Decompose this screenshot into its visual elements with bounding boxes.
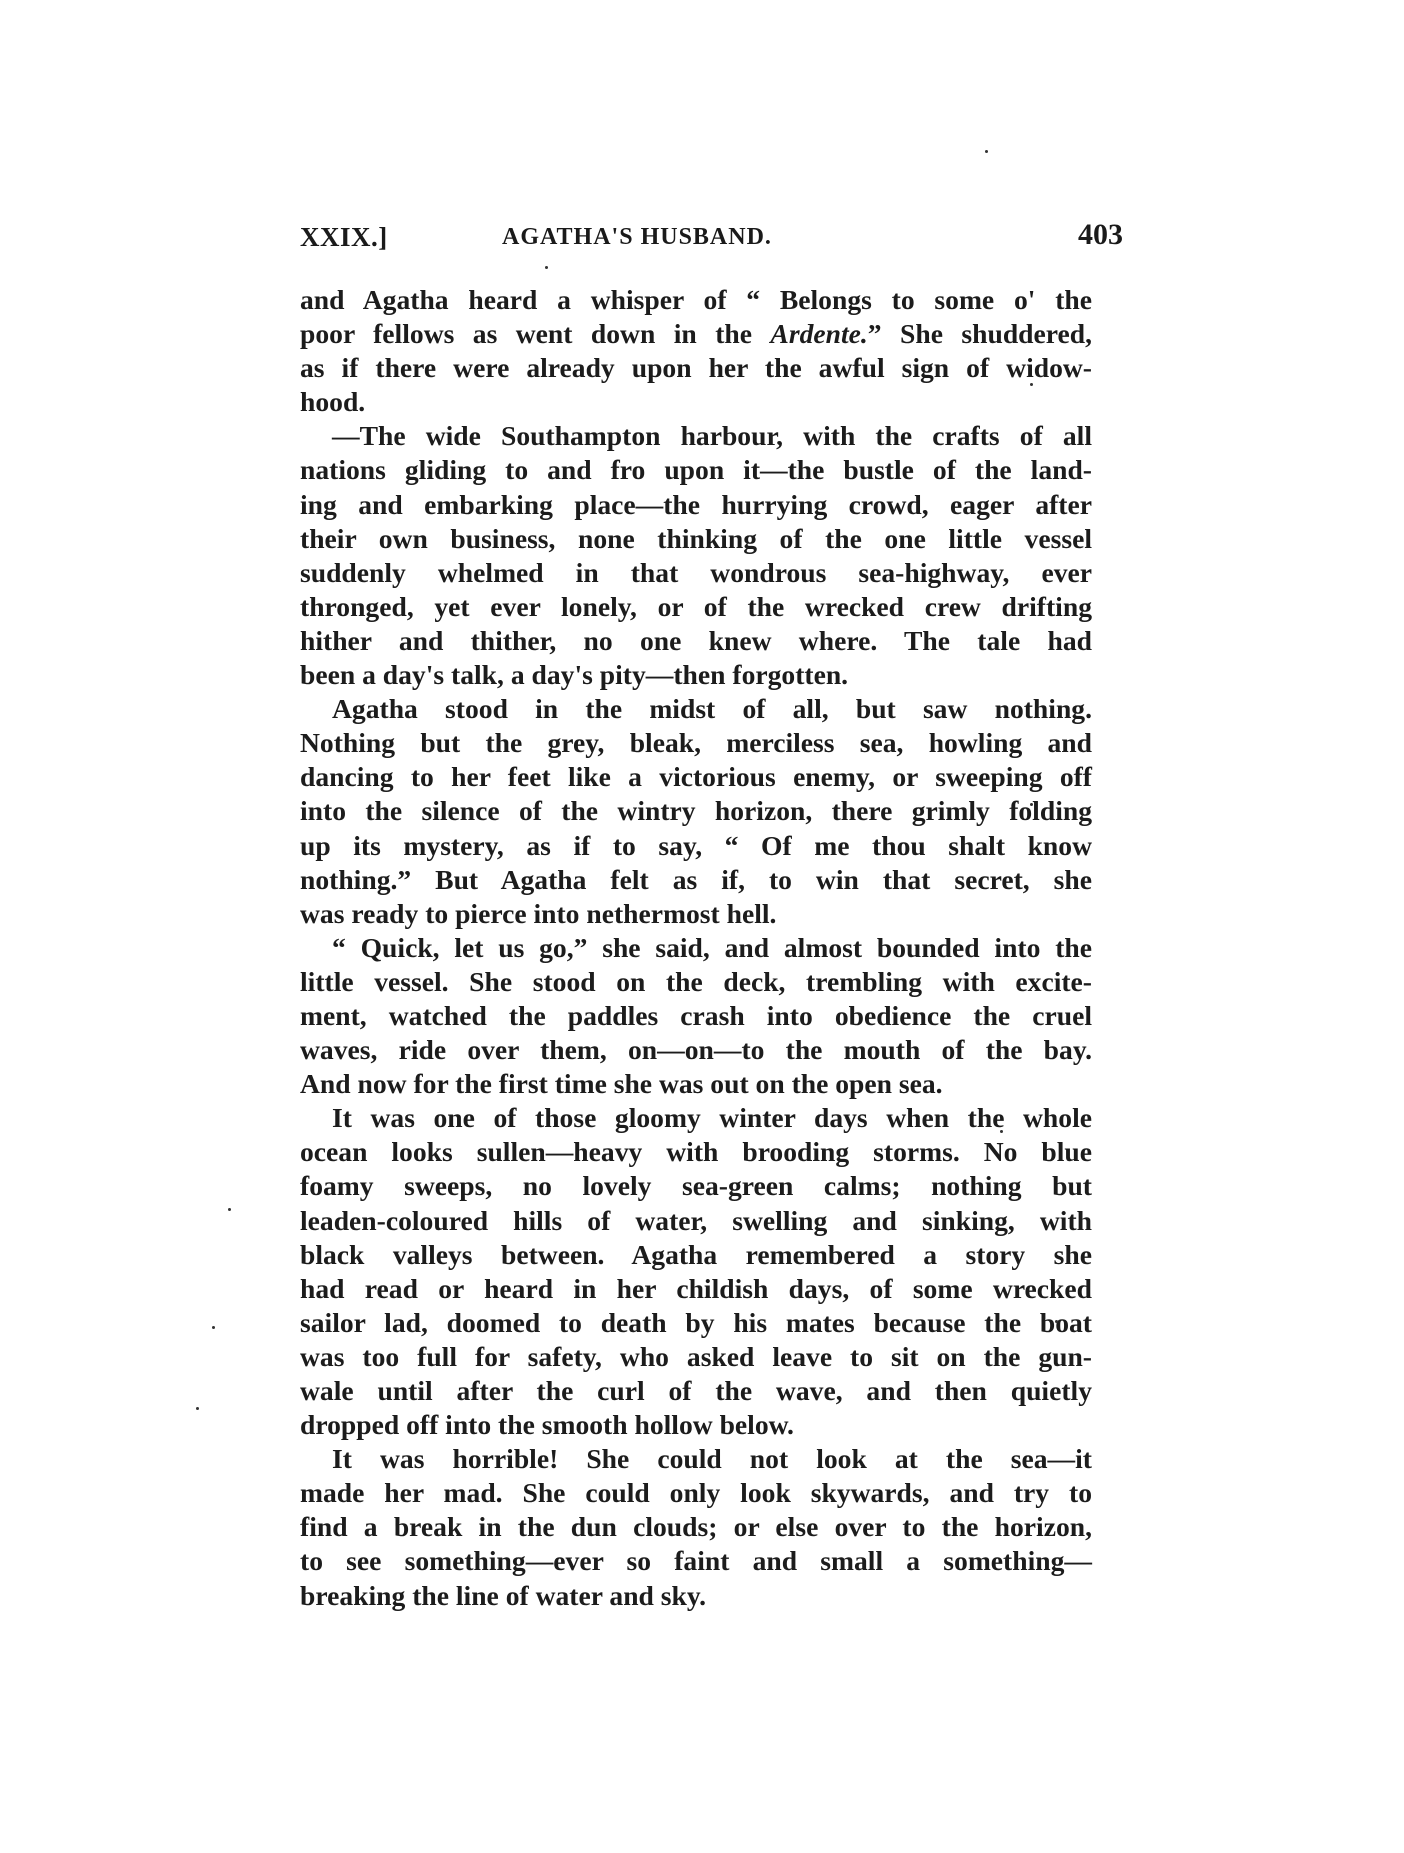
text-line: wale until after the curl of the wave, a… xyxy=(300,1374,1092,1408)
text-line: find a break in the dun clouds; or else … xyxy=(300,1510,1092,1544)
text-line: been a day's talk, a day's pity—then for… xyxy=(300,658,1092,692)
text-line: nothing.” But Agatha felt as if, to win … xyxy=(300,863,1092,897)
text-line: “ Quick, let us go,” she said, and almos… xyxy=(300,931,1092,965)
text-line: their own business, none thinking of the… xyxy=(300,522,1092,556)
paragraph: Agatha stood in the midst of all, but sa… xyxy=(300,692,1092,931)
running-title: AGATHA'S HUSBAND. xyxy=(502,224,772,251)
text-line: up its mystery, as if to say, “ Of me th… xyxy=(300,829,1092,863)
text-line: waves, ride over them, on—on—to the mout… xyxy=(300,1033,1092,1067)
text-line: Agatha stood in the midst of all, but sa… xyxy=(300,692,1092,726)
text-line: suddenly whelmed in that wondrous sea-hi… xyxy=(300,556,1092,590)
text-line: nations gliding to and fro upon it—the b… xyxy=(300,453,1092,487)
italic-ship-name: Ardente. xyxy=(770,318,867,349)
text-line: sailor lad, doomed to death by his mates… xyxy=(300,1306,1092,1340)
text-line: ocean looks sullen—heavy with brooding s… xyxy=(300,1135,1092,1169)
text-line: dropped off into the smooth hollow below… xyxy=(300,1408,1092,1442)
scan-speck xyxy=(985,150,988,153)
text-line: thronged, yet ever lonely, or of the wre… xyxy=(300,590,1092,624)
text-line: leaden-coloured hills of water, swelling… xyxy=(300,1204,1092,1238)
text-line: And now for the first time she was out o… xyxy=(300,1067,1092,1101)
text-line: made her mad. She could only look skywar… xyxy=(300,1476,1092,1510)
scan-speck xyxy=(228,1208,231,1211)
text-line: hood. xyxy=(300,385,1092,419)
text-line: was ready to pierce into nethermost hell… xyxy=(300,897,1092,931)
text-line: foamy sweeps, no lovely sea-green calms;… xyxy=(300,1169,1092,1203)
text-line: had read or heard in her childish days, … xyxy=(300,1272,1092,1306)
running-head: XXIX.] AGATHA'S HUSBAND. 403 xyxy=(300,222,1100,262)
text-line: was too full for safety, who asked leave… xyxy=(300,1340,1092,1374)
book-page: XXIX.] AGATHA'S HUSBAND. 403 and Agatha … xyxy=(0,0,1404,1853)
text-line: as if there were already upon her the aw… xyxy=(300,351,1092,385)
scan-speck xyxy=(1000,1130,1003,1133)
text-line: dancing to her feet like a victorious en… xyxy=(300,760,1092,794)
text-line: It was horrible! She could not look at t… xyxy=(300,1442,1092,1476)
paragraph: and Agatha heard a whisper of “ Belongs … xyxy=(300,283,1092,419)
body-text: and Agatha heard a whisper of “ Belongs … xyxy=(300,283,1092,1613)
scan-speck xyxy=(1055,1320,1058,1323)
text-line: little vessel. She stood on the deck, tr… xyxy=(300,965,1092,999)
scan-speck xyxy=(545,266,548,269)
text-line: poor fellows as went down in the Ardente… xyxy=(300,317,1092,351)
text-line: It was one of those gloomy winter days w… xyxy=(300,1101,1092,1135)
paragraph: It was one of those gloomy winter days w… xyxy=(300,1101,1092,1442)
text-line: Nothing but the grey, bleak, merciless s… xyxy=(300,726,1092,760)
text-line: into the silence of the wintry horizon, … xyxy=(300,794,1092,828)
chapter-marker: XXIX.] xyxy=(300,222,388,253)
paragraph: “ Quick, let us go,” she said, and almos… xyxy=(300,931,1092,1101)
text-line: hither and thither, no one knew where. T… xyxy=(300,624,1092,658)
page-number: 403 xyxy=(1078,218,1123,252)
text-line: black valleys between. Agatha remembered… xyxy=(300,1238,1092,1272)
text-line: to see something—ever so faint and small… xyxy=(300,1544,1092,1578)
scan-speck xyxy=(212,1326,215,1329)
scan-speck xyxy=(1030,803,1033,806)
text-line: breaking the line of water and sky. xyxy=(300,1579,1092,1613)
text-line: and Agatha heard a whisper of “ Belongs … xyxy=(300,283,1092,317)
text-line: ing and embarking place—the hurrying cro… xyxy=(300,488,1092,522)
text-line: —The wide Southampton harbour, with the … xyxy=(300,419,1092,453)
scan-speck xyxy=(1030,383,1033,386)
scan-speck xyxy=(196,1407,199,1410)
paragraph: It was horrible! She could not look at t… xyxy=(300,1442,1092,1612)
paragraph: —The wide Southampton harbour, with the … xyxy=(300,419,1092,692)
text-line: ment, watched the paddles crash into obe… xyxy=(300,999,1092,1033)
